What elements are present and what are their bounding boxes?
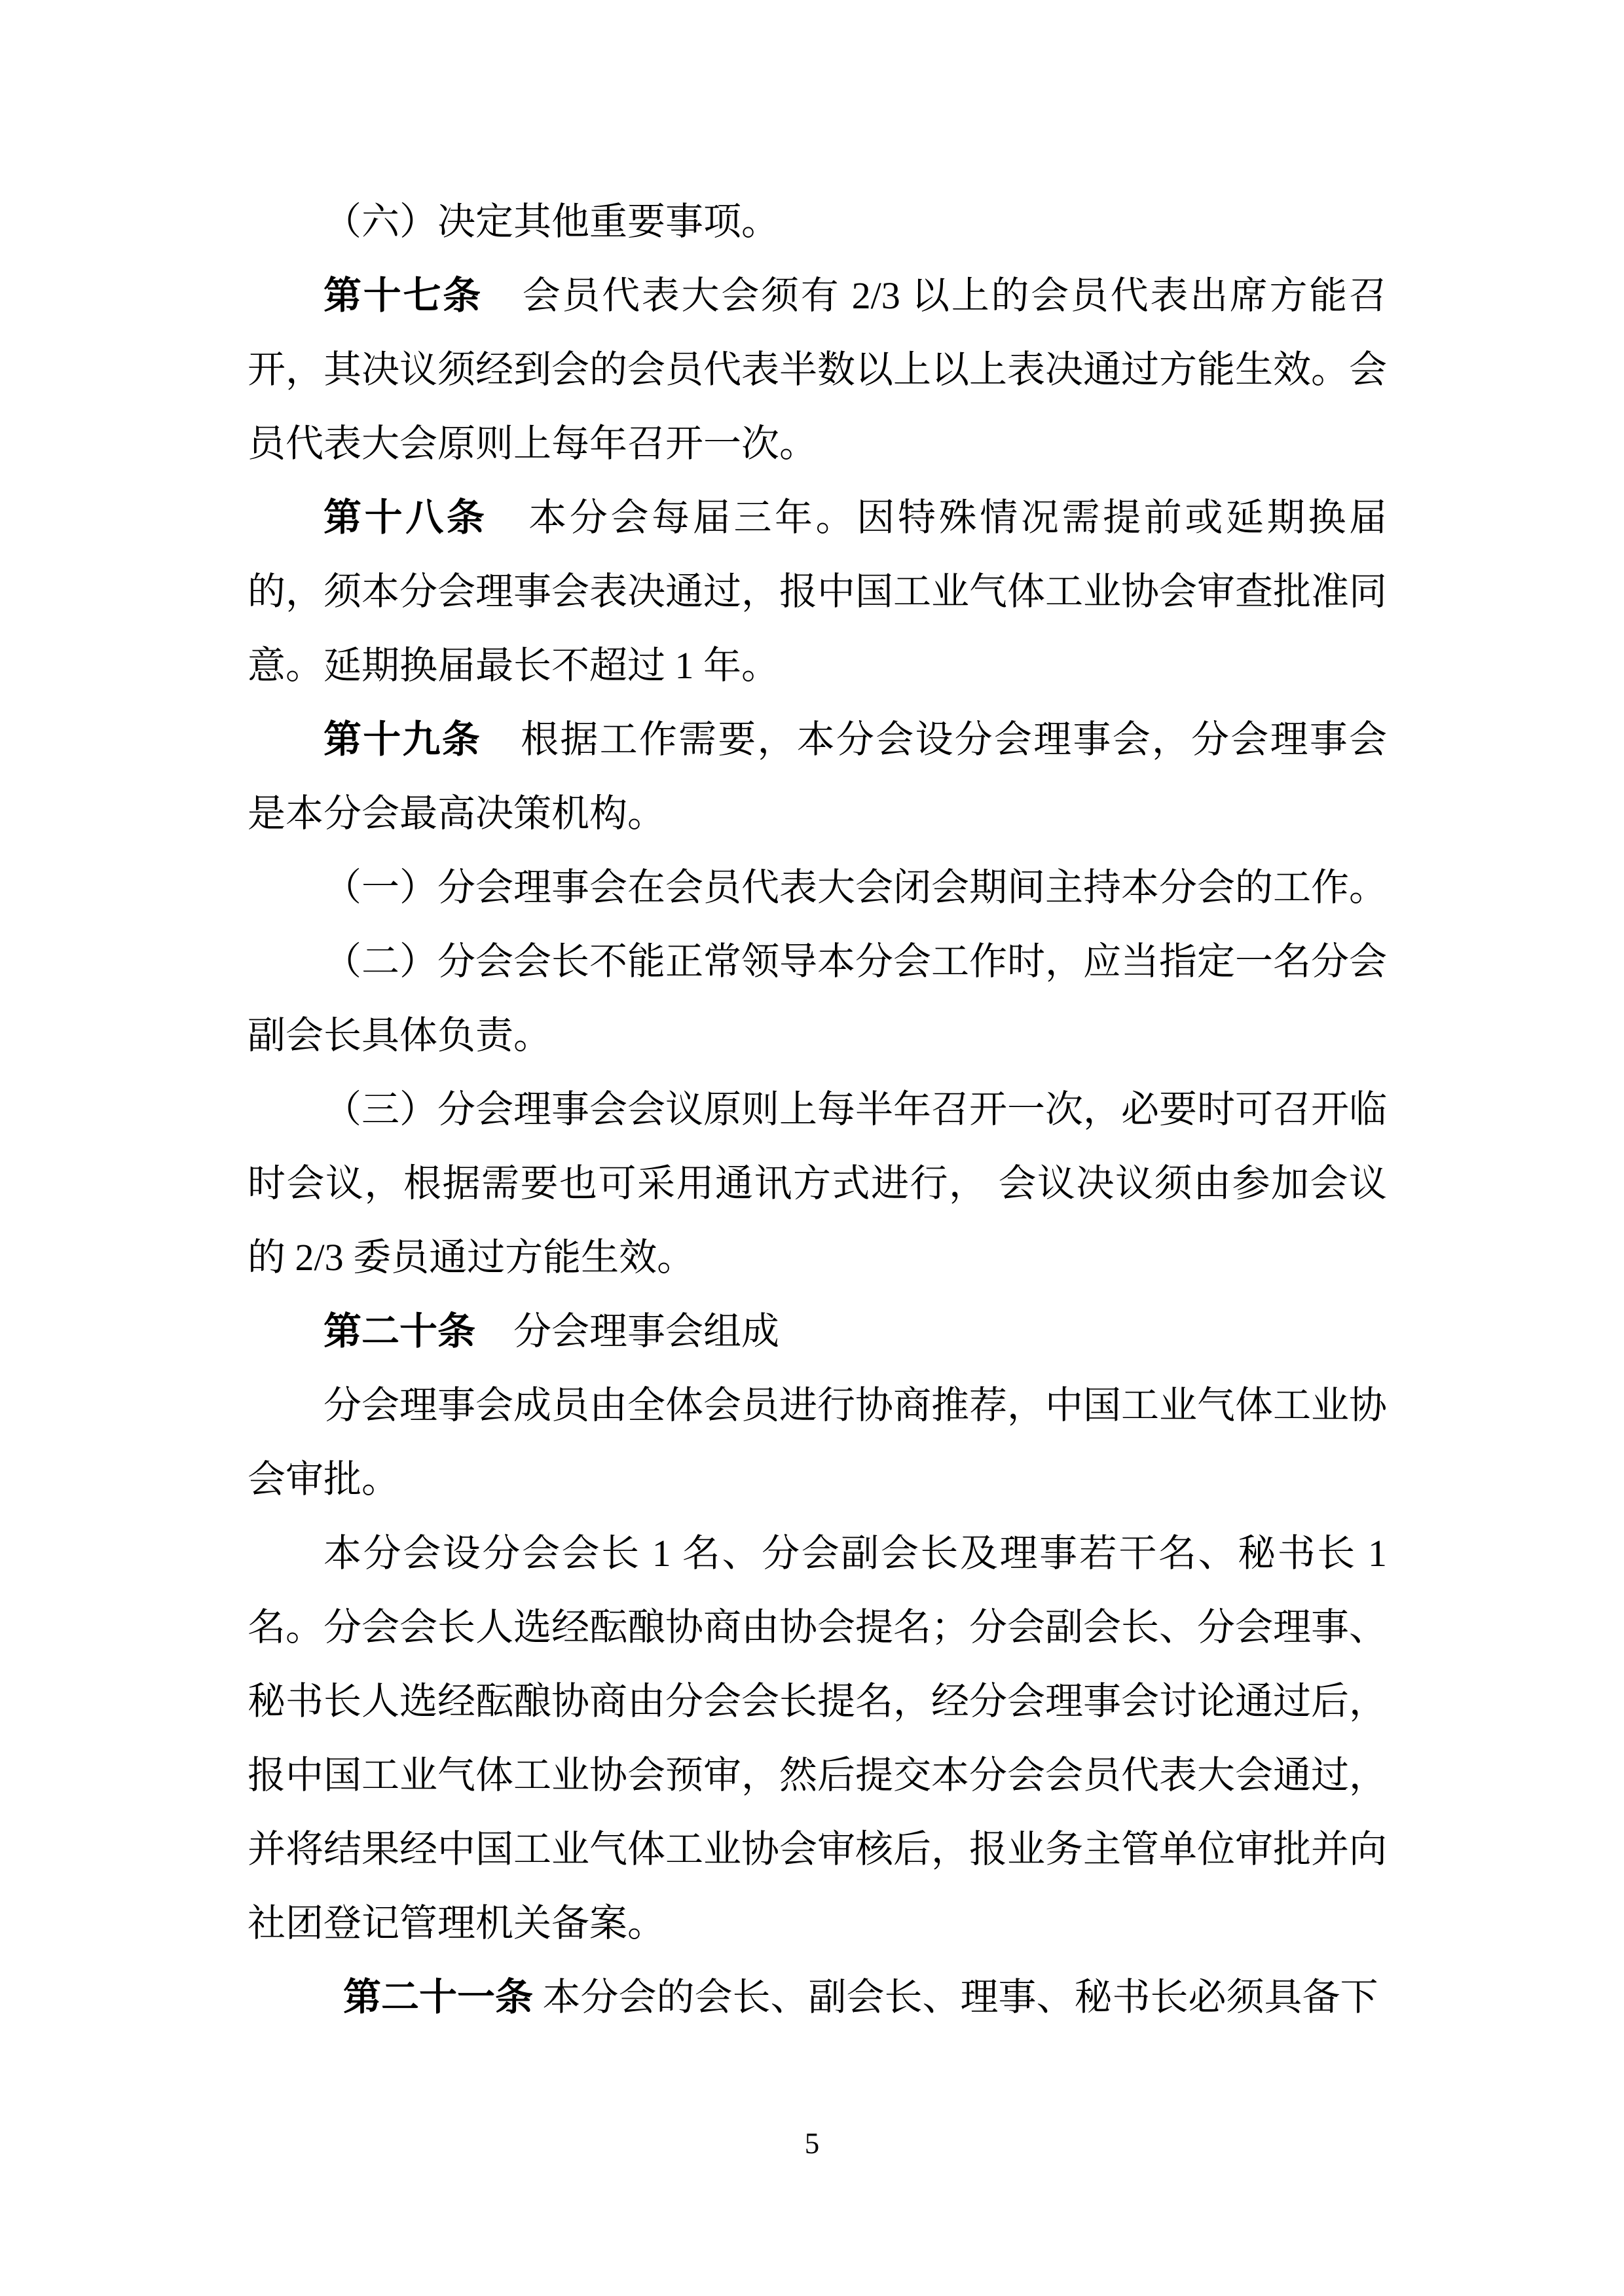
article-number: 第十九条 — [323, 718, 481, 761]
paragraph-item-3: （三）分会理事会会议原则上每半年召开一次，必要时可召开临时会议，根据需要也可采用… — [248, 1072, 1387, 1294]
paragraph-text: （一）分会理事会在会员代表大会闭会期间主持本分会的工作。 — [323, 866, 1387, 909]
paragraph-item-6: （六）决定其他重要事项。 — [248, 185, 1387, 259]
article-number: 第十七条 — [323, 274, 483, 317]
document-body: （六）决定其他重要事项。 第十七条 会员代表大会须有 2/3 以上的会员代表出席… — [248, 185, 1387, 2034]
paragraph-item-2: （二）分会会长不能正常领导本分会工作时，应当指定一名分会副会长具体负责。 — [248, 924, 1387, 1072]
paragraph-article-21: 第二十一条 本分会的会长、副会长、理事、秘书长必须具备下 — [248, 1960, 1387, 2034]
document-page: （六）决定其他重要事项。 第十七条 会员代表大会须有 2/3 以上的会员代表出席… — [0, 0, 1624, 2296]
paragraph-text: 分会理事会成员由全体会员进行协商推荐，中国工业气体工业协会审批。 — [248, 1384, 1387, 1501]
paragraph-text: 本分会的会长、副会长、理事、秘书长必须具备下 — [533, 1976, 1378, 2018]
paragraph-article-19: 第十九条 根据工作需要，本分会设分会理事会，分会理事会是本分会最高决策机构。 — [248, 702, 1387, 850]
article-number: 第二十条 — [323, 1310, 475, 1353]
paragraph-officers: 本分会设分会会长 1 名、分会副会长及理事若干名、秘书长 1 名。分会会长人选经… — [248, 1516, 1387, 1960]
paragraph-item-1: （一）分会理事会在会员代表大会闭会期间主持本分会的工作。 — [248, 850, 1387, 924]
paragraph-article-18: 第十八条 本分会每届三年。因特殊情况需提前或延期换届的，须本分会理事会表决通过，… — [248, 481, 1387, 702]
paragraph-text: （二）分会会长不能正常领导本分会工作时，应当指定一名分会副会长具体负责。 — [248, 940, 1387, 1057]
paragraph-text: （六）决定其他重要事项。 — [323, 200, 779, 243]
article-number: 第二十一条 — [343, 1976, 533, 2018]
article-number: 第十八条 — [323, 496, 488, 539]
paragraph-article-20: 第二十条 分会理事会组成 — [248, 1294, 1387, 1368]
paragraph-text: 分会理事会组成 — [475, 1310, 779, 1353]
paragraph-council-members: 分会理事会成员由全体会员进行协商推荐，中国工业气体工业协会审批。 — [248, 1368, 1387, 1516]
paragraph-text: 本分会设分会会长 1 名、分会副会长及理事若干名、秘书长 1 名。分会会长人选经… — [248, 1532, 1387, 1944]
paragraph-text: （三）分会理事会会议原则上每半年召开一次，必要时可召开临时会议，根据需要也可采用… — [248, 1088, 1387, 1279]
page-number: 5 — [0, 2126, 1624, 2160]
paragraph-article-17: 第十七条 会员代表大会须有 2/3 以上的会员代表出席方能召开，其决议须经到会的… — [248, 259, 1387, 481]
